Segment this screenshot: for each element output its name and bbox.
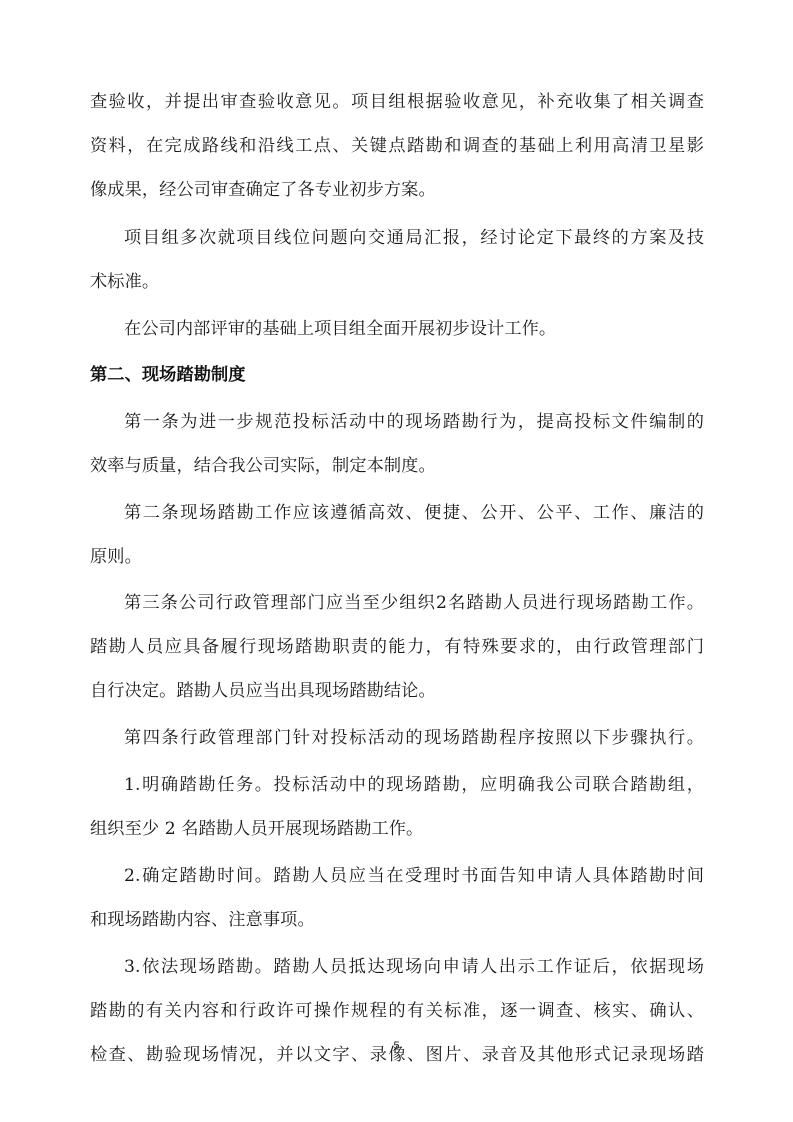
text-line: 查验收，并提出审查验收意见。项目组根据验收意见，补充收集了相关调查: [90, 90, 704, 114]
text-line: 术标准。: [90, 270, 704, 294]
text-line: 组织至少 2 名踏勘人员开展现场踏勘工作。: [90, 817, 704, 841]
text-line: 第一条为进一步规范投标活动中的现场踏勘行为，提高投标文件编制的: [90, 410, 704, 434]
text-line: 踏勘人员应具备履行现场踏勘职责的能力，有特殊要求的，由行政管理部门: [90, 635, 704, 659]
text-line: 像成果，经公司审查确定了各专业初步方案。: [90, 178, 704, 202]
text-line: 3.依法现场踏勘。踏勘人员抵达现场向申请人出示工作证后，依据现场: [90, 955, 704, 979]
text-line: 踏勘的有关内容和行政许可操作规程的有关标准，逐一调查、核实、确认、: [90, 999, 704, 1023]
text-line: 和现场踏勘内容、注意事项。: [90, 908, 704, 932]
text-line: 自行决定。踏勘人员应当出具现场踏勘结论。: [90, 679, 704, 703]
text-line: 第二条现场踏勘工作应该遵循高效、便捷、公开、公平、工作、廉洁的: [90, 501, 704, 525]
text-line: 2.确定踏勘时间。踏勘人员应当在受理时书面告知申请人具体踏勘时间: [90, 864, 704, 888]
text-line: 项目组多次就项目线位问题向交通局汇报，经讨论定下最终的方案及技: [90, 226, 704, 250]
text-line: 在公司内部评审的基础上项目组全面开展初步设计工作。: [90, 317, 704, 341]
text-line: 第四条行政管理部门针对投标活动的现场踏勘程序按照以下步骤执行。: [90, 726, 704, 750]
text-line: 原则。: [90, 545, 704, 569]
text-line: 效率与质量，结合我公司实际，制定本制度。: [90, 454, 704, 478]
document-page: 查验收，并提出审查验收意见。项目组根据验收意见，补充收集了相关调查资料，在完成路…: [0, 0, 793, 1122]
text-line: 第三条公司行政管理部门应当至少组织2名踏勘人员进行现场踏勘工作。: [90, 591, 704, 615]
text-line: 资料，在完成路线和沿线工点、关键点踏勘和调查的基础上利用高清卫星影: [90, 134, 704, 158]
text-line: 1.明确踏勘任务。投标活动中的现场踏勘，应明确我公司联合踏勘组，: [90, 773, 704, 797]
page-number: 5: [0, 1040, 793, 1052]
section-heading: 第二、现场踏勘制度: [90, 363, 704, 387]
